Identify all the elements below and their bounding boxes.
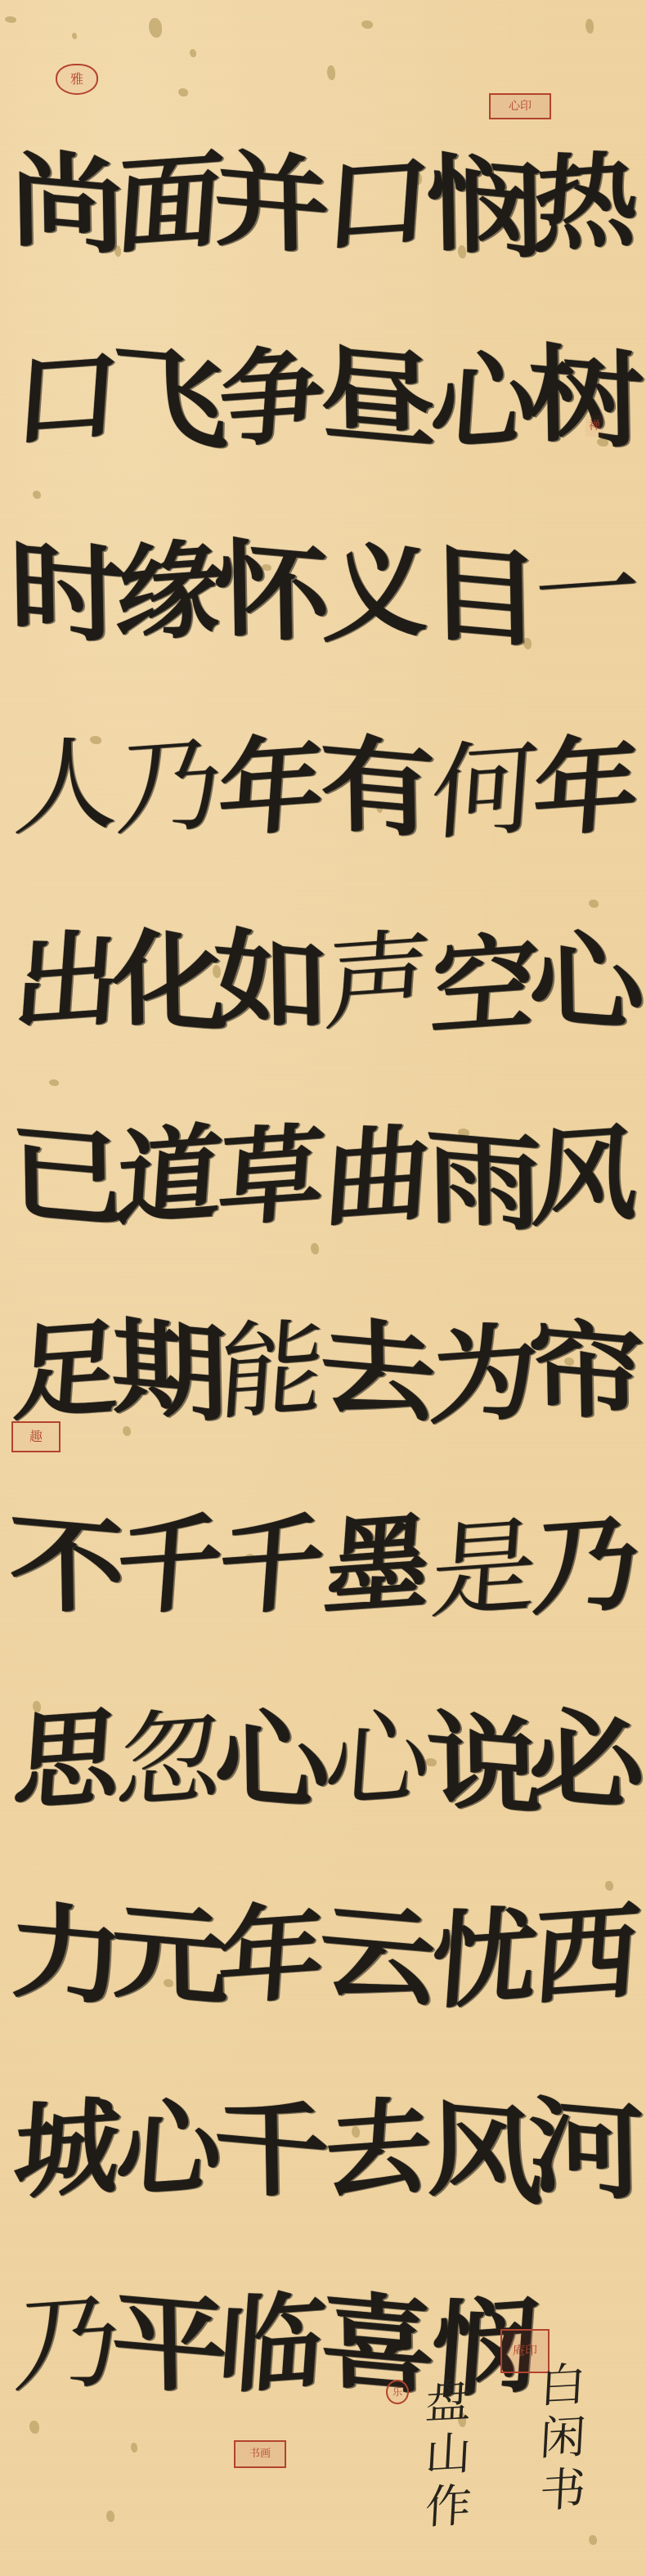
signature-glyph: 书 xyxy=(538,2467,587,2522)
gold-fleck xyxy=(327,65,335,80)
glyph: 元 xyxy=(110,1854,225,2058)
signature-glyph: 山 xyxy=(424,2431,473,2486)
glyph: 墨 xyxy=(318,1465,434,1667)
glyph: 河 xyxy=(527,2049,642,2252)
glyph: 乃 xyxy=(527,1465,643,1667)
glyph: 去 xyxy=(318,1270,433,1474)
glyph: 千 xyxy=(110,1465,226,1667)
glyph: 声 xyxy=(318,882,434,1083)
glyph: 有 xyxy=(318,686,433,890)
glyph: 草 xyxy=(212,1076,328,1277)
glyph: 乃 xyxy=(7,2244,123,2445)
glyph: 思 xyxy=(7,1660,123,1861)
glyph: 西 xyxy=(527,1855,643,2056)
gold-fleck xyxy=(131,2443,137,2453)
glyph: 出 xyxy=(7,882,123,1083)
gourd-seal-top-left: 雅 xyxy=(56,64,98,95)
glyph: 空 xyxy=(424,886,541,1087)
glyph: 喜 xyxy=(318,2243,433,2447)
gold-fleck xyxy=(5,16,16,23)
glyph: 说 xyxy=(424,1663,540,1867)
signature-line-2: 盘 山 作 xyxy=(425,2380,471,2537)
glyph: 争 xyxy=(212,298,328,499)
glyph: 心 xyxy=(212,1659,327,1863)
signature-glyph: 盘 xyxy=(424,2379,473,2434)
glyph: 口 xyxy=(318,103,434,304)
glyph: 年 xyxy=(527,687,643,888)
glyph: 昼 xyxy=(318,297,433,500)
glyph: 何 xyxy=(424,691,541,892)
text-column-6: 尚 口 时 人 出 已 足 不 思 力 城 乃 xyxy=(4,106,127,2442)
glyph: 去 xyxy=(318,2049,434,2251)
glyph: 尚 xyxy=(7,102,123,306)
glyph: 热 xyxy=(527,103,643,304)
glyph: 口 xyxy=(7,298,123,499)
square-seal-top-right: 心印 xyxy=(489,93,551,119)
glyph: 悯 xyxy=(424,106,540,310)
signature-glyph: 闲 xyxy=(538,2415,587,2470)
text-column-3: 口 昼 义 有 声 曲 去 墨 心 云 去 喜 xyxy=(315,106,437,2442)
gold-fleck xyxy=(72,33,77,39)
glyph: 化 xyxy=(110,881,225,1084)
glyph: 义 xyxy=(318,492,434,693)
gold-fleck xyxy=(585,19,594,34)
glyph: 曲 xyxy=(318,1076,434,1277)
glyph: 不 xyxy=(7,1465,123,1668)
glyph: 千 xyxy=(212,1465,328,1667)
glyph: 城 xyxy=(7,2049,123,2251)
glyph: 雨 xyxy=(424,1079,540,1283)
glyph: 时 xyxy=(7,491,123,695)
gold-fleck xyxy=(190,49,196,57)
glyph: 心 xyxy=(110,2049,226,2251)
glyph: 必 xyxy=(527,1659,642,1863)
text-column-2: 悯 心 目 何 空 雨 为 是 说 忧 风 悯 xyxy=(421,110,544,2446)
glyph: 一 xyxy=(527,492,643,693)
glyph: 风 xyxy=(527,1076,643,1277)
signature-glyph: 白 xyxy=(538,2363,587,2417)
glyph: 平 xyxy=(110,2243,225,2447)
glyph: 力 xyxy=(7,1854,123,2058)
calligraphy-scroll: 热 树 一 年 心 风 帘 乃 必 西 河 悯 心 目 何 空 雨 为 是 说 … xyxy=(0,0,646,2576)
glyph: 怀 xyxy=(212,491,327,695)
glyph: 心 xyxy=(424,302,541,503)
gold-fleck xyxy=(149,18,162,38)
small-seal-right-middle: 禅 xyxy=(585,415,603,437)
gold-fleck xyxy=(361,20,373,29)
rect-seal-left-middle: 趣 xyxy=(11,1421,61,1452)
glyph: 年 xyxy=(212,1855,328,2056)
gold-fleck xyxy=(589,2535,597,2545)
glyph: 心 xyxy=(527,881,642,1084)
signature-glyph: 作 xyxy=(424,2484,473,2538)
round-seal-signature: 乐 xyxy=(386,2380,409,2404)
glyph: 忧 xyxy=(424,1859,541,2060)
gold-fleck xyxy=(178,88,188,96)
glyph: 能 xyxy=(212,1271,328,1472)
glyph: 期 xyxy=(110,1270,225,1474)
glyph: 云 xyxy=(318,1854,433,2058)
glyph: 人 xyxy=(7,687,123,888)
rect-seal-bottom: 书画 xyxy=(234,2440,286,2468)
glyph: 并 xyxy=(212,102,327,306)
glyph: 为 xyxy=(424,1275,541,1476)
glyph: 风 xyxy=(424,2053,540,2256)
glyph: 缘 xyxy=(110,492,226,693)
glyph: 年 xyxy=(212,687,328,888)
signature-line-1: 白 闲 书 xyxy=(540,2363,585,2520)
glyph: 目 xyxy=(424,496,540,699)
glyph: 帘 xyxy=(527,1270,642,1474)
glyph: 是 xyxy=(424,1470,541,1671)
glyph: 面 xyxy=(110,103,226,304)
glyph: 道 xyxy=(110,1076,226,1277)
glyph: 千 xyxy=(212,2049,327,2252)
glyph: 心 xyxy=(318,1660,434,1861)
glyph: 树 xyxy=(527,297,642,500)
glyph: 忽 xyxy=(110,1660,226,1861)
glyph: 如 xyxy=(212,881,327,1084)
glyph: 临 xyxy=(212,2244,328,2445)
glyph: 已 xyxy=(7,1075,123,1279)
glyph: 乃 xyxy=(110,687,226,888)
glyph: 飞 xyxy=(110,297,225,500)
gold-fleck xyxy=(106,2511,114,2522)
